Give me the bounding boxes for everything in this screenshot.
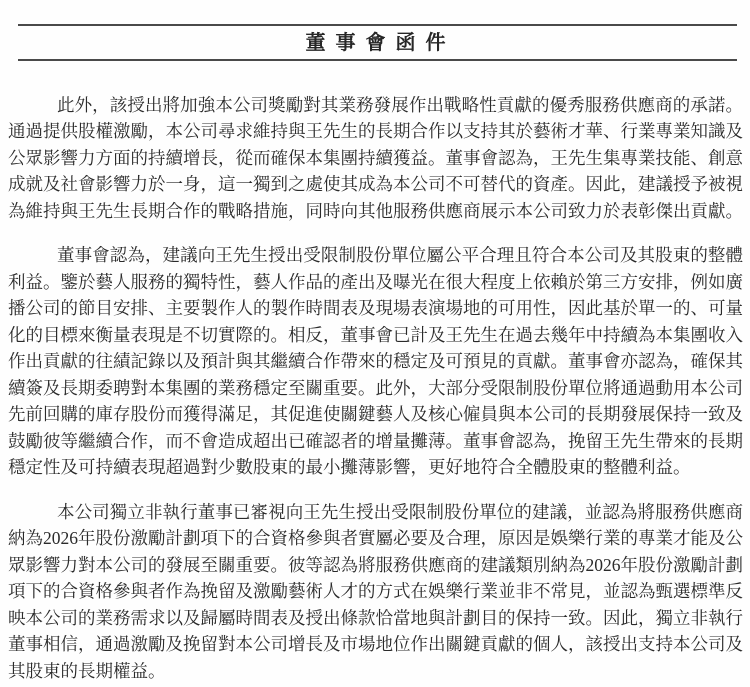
document-body: 此外，該授出將加強本公司獎勵對其業務發展作出戰略性貢獻的優秀服務供應商的承諾。通… xyxy=(8,92,743,685)
header-top-rule xyxy=(18,24,737,26)
header-bottom-rule xyxy=(18,59,737,61)
paragraph-commitment: 此外，該授出將加強本公司獎勵對其業務發展作出戰略性貢獻的優秀服務供應商的承諾。通… xyxy=(8,92,743,225)
document-header: 董事會函件 xyxy=(8,24,743,61)
paragraph-board-view: 董事會認為，建議向王先生授出受限制股份單位屬公平合理且符合本公司及其股東的整體利… xyxy=(8,242,743,481)
paragraph-ined-review: 本公司獨立非執行董事已審視向王先生授出受限制股份單位的建議，並認為將服務供應商納… xyxy=(8,499,743,685)
document-page: 董事會函件 此外，該授出將加強本公司獎勵對其業務發展作出戰略性貢獻的優秀服務供應… xyxy=(0,0,750,687)
document-title: 董事會函件 xyxy=(8,33,743,53)
